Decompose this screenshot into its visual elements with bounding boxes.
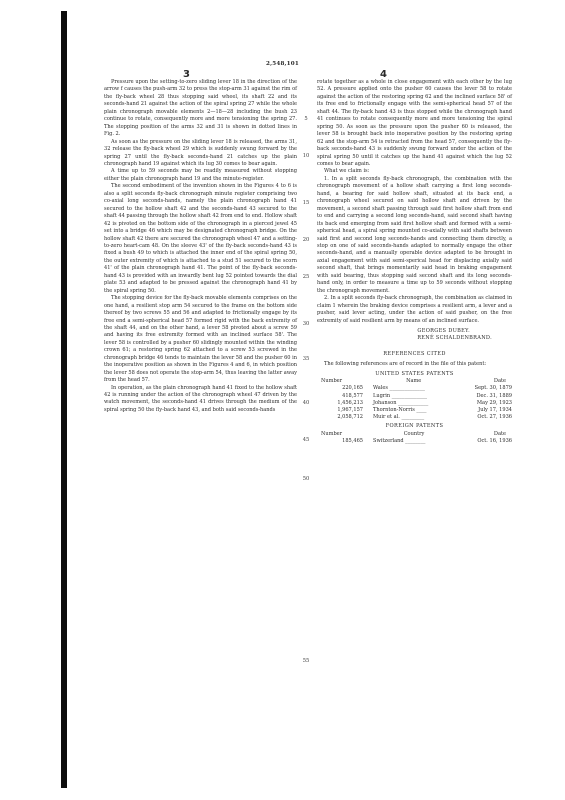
line-number: 45 <box>297 437 315 443</box>
line-number: 55 <box>297 658 315 664</box>
paragraph: The second embodiment of the invention s… <box>104 183 297 295</box>
signature-inventor-2: RENÉ SCHALDENBRAND. <box>317 335 512 342</box>
foreign-patents-title: FOREIGN PATENTS <box>317 423 512 430</box>
paragraph: The stopping device for the fly-back mov… <box>104 295 297 384</box>
left-column: Pressure upon the setting-to-zero slidin… <box>104 79 297 414</box>
patent-number-cell: 185,465 <box>317 438 371 445</box>
line-number: 50 <box>297 476 315 482</box>
column-header: Date <box>456 378 512 385</box>
patent-name-cell: Wales ______________ <box>371 385 456 392</box>
us-patents-table: Number Name Date 220,165 Wales _________… <box>317 378 512 421</box>
patent-number-cell: 1,967,157 <box>317 407 371 414</box>
patent-number-cell: 1,456,213 <box>317 400 371 407</box>
patent-number: 2,548,101 <box>0 61 565 67</box>
patent-number-cell: 2,058,712 <box>317 414 371 421</box>
references-intro: The following references are of record i… <box>317 361 512 368</box>
patent-date-cell: May 29, 1923 <box>456 400 512 407</box>
patent-number-cell: 220,165 <box>317 385 371 392</box>
line-number: 35 <box>297 356 315 362</box>
column-header: Country <box>371 431 457 438</box>
patent-country-cell: Switzerland ________ <box>371 438 457 445</box>
right-column: rotate together as a whole in close enga… <box>317 79 512 445</box>
paragraph: rotate together as a whole in close enga… <box>317 79 512 168</box>
foreign-patents-table: Number Country Date 185,465 Switzerland … <box>317 431 512 445</box>
line-number: 5 <box>297 116 315 122</box>
claims-heading: What we claim is: <box>317 168 512 175</box>
patent-name-cell: Johanson ____________ <box>371 400 456 407</box>
scan-edge-bar <box>61 11 67 788</box>
patent-name-cell: Lugrin ______________ <box>371 393 456 400</box>
table-row: 2,058,712 Muir et al. _________ Oct. 27,… <box>317 414 512 421</box>
patent-date-cell: Sept. 30, 1879 <box>456 385 512 392</box>
column-header: Number <box>317 378 371 385</box>
paragraph: Pressure upon the setting-to-zero slidin… <box>104 79 297 139</box>
paragraph: In operation, as the plain chronograph h… <box>104 385 297 415</box>
patent-name-cell: Muir et al. _________ <box>371 414 456 421</box>
patent-number-cell: 418,577 <box>317 393 371 400</box>
table-row: 1,456,213 Johanson ____________ May 29, … <box>317 400 512 407</box>
patent-date-cell: July 17, 1934 <box>456 407 512 414</box>
table-row: 220,165 Wales ______________ Sept. 30, 1… <box>317 385 512 392</box>
line-number: 40 <box>297 400 315 406</box>
paragraph: As soon as the pressure on the sliding l… <box>104 139 297 169</box>
claim-1: 1. In a split seconds fly-back chronogra… <box>317 176 512 295</box>
patent-date-cell: Dec. 31, 1889 <box>456 393 512 400</box>
line-number: 10 <box>297 153 315 159</box>
table-row: 185,465 Switzerland ________ Oct. 16, 19… <box>317 438 512 445</box>
patent-date-cell: Oct. 16, 1936 <box>457 438 512 445</box>
table-row: 1,967,157 Thornton-Norris ____ July 17, … <box>317 407 512 414</box>
paragraph: A time up to 59 seconds may be readily m… <box>104 168 297 183</box>
column-header: Date <box>457 431 512 438</box>
claim-2: 2. In a split seconds fly-back chronogra… <box>317 295 512 325</box>
table-row: 418,577 Lugrin ______________ Dec. 31, 1… <box>317 393 512 400</box>
patent-name-cell: Thornton-Norris ____ <box>371 407 456 414</box>
patent-date-cell: Oct. 27, 1936 <box>456 414 512 421</box>
references-title: REFERENCES CITED <box>317 351 512 358</box>
line-number: 15 <box>297 200 315 206</box>
column-header: Number <box>317 431 371 438</box>
us-patents-title: UNITED STATES PATENTS <box>317 371 512 378</box>
line-number: 25 <box>297 274 315 280</box>
line-number: 30 <box>297 321 315 327</box>
line-number: 20 <box>297 237 315 243</box>
column-header: Name <box>371 378 456 385</box>
